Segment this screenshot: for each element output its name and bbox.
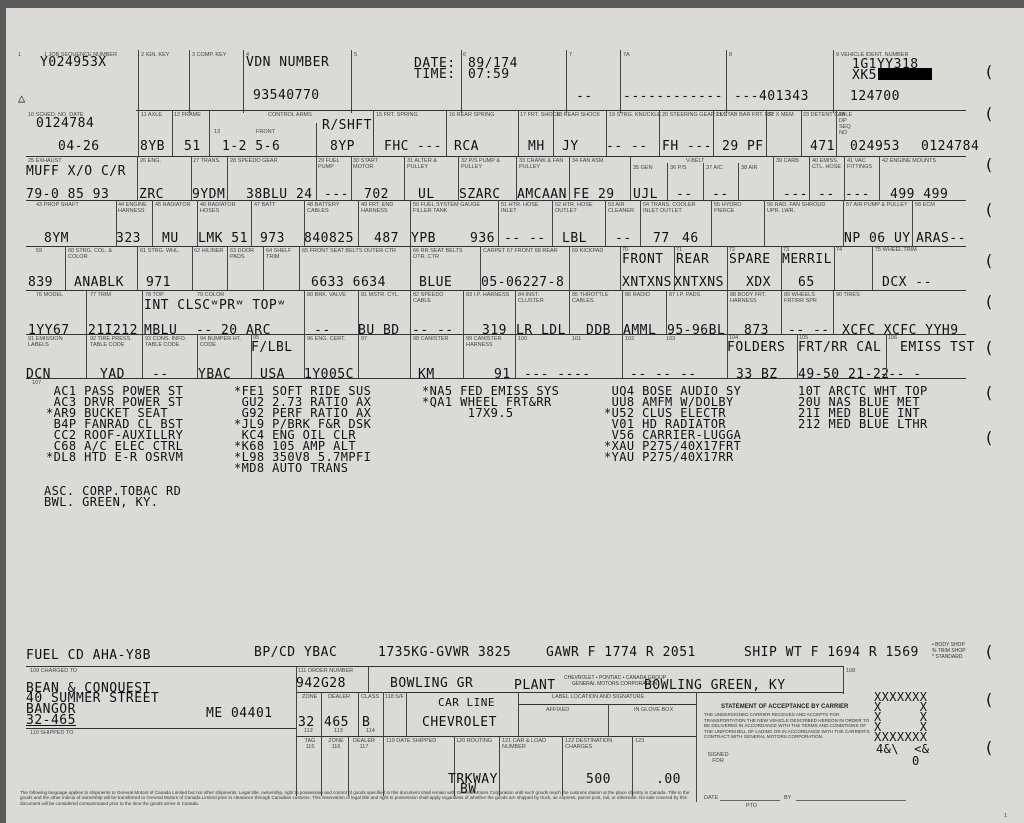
shelf-trim-label: 64 SHELF TRIM: [266, 248, 298, 260]
class-number: 114: [366, 728, 375, 734]
ps-label: 36 P/S: [670, 165, 687, 171]
inst-cluster-label: 84 INST. CLUSTER: [518, 292, 566, 304]
field-7a-label: 7A: [623, 52, 630, 58]
fuel-system-label: 50 FUEL SYSTEM GAUGE FILLER TANK: [413, 202, 493, 214]
rr-seat-belts-label: 66 RR SEAT BELTS OTR. CTR: [413, 248, 477, 260]
field-103-label: 103: [666, 336, 675, 342]
binder-hole-icon: (: [986, 642, 992, 661]
comp-key-label: 3 COMP. KEY: [192, 52, 226, 58]
frt-shock-value: MH: [528, 140, 545, 153]
plant-label: PLANT: [514, 679, 556, 692]
binder-hole-icon: (: [986, 738, 992, 757]
charged-to-line-4: 32-465: [26, 714, 76, 727]
ac-label: 37 A/C: [706, 165, 723, 171]
field-104-value: 33 BZ: [736, 368, 778, 381]
binder-hole-icon: (: [986, 383, 992, 402]
batt-value: 973: [260, 232, 285, 245]
trans-label: 27 TRANS.: [193, 158, 221, 164]
fan-shroud-label: 56 RAD. FAN SHROUD UPR. LWR.: [767, 202, 837, 214]
battery-cables-label: 48 BATTERY CABLES: [307, 202, 357, 214]
hliner-label: 62 H/LINER: [194, 248, 223, 254]
door-pads-label: 63 DOOR PADS: [230, 248, 262, 260]
radiator-label: 45 RADIATOR: [155, 202, 191, 208]
field-1-label: 1: [18, 52, 21, 58]
field-13-label: 13: [214, 129, 220, 135]
field-102-value: -- -- --: [630, 368, 697, 381]
rear-shock-value: JY: [562, 140, 579, 153]
color-header: INT CLSCʷPRʷ TOPʷ: [144, 299, 286, 312]
options-col-5: 10T ARCTC WHT TOP 20U NAS BLUE MET 21I M…: [798, 386, 928, 430]
fuel-tank-value: 936: [470, 232, 495, 245]
frt-spring-lh: ---: [417, 140, 442, 153]
body-harness-value: 873: [744, 324, 769, 337]
field-7-label: 7: [569, 52, 572, 58]
eng-cert-value: 1Y005C: [304, 368, 354, 381]
strg-knuckle-label: 19 STRG. KNUCKLE: [609, 112, 661, 118]
canister-harness-value: 91: [494, 368, 511, 381]
field-123-value: .00: [656, 773, 681, 786]
frame-value: 51: [184, 140, 201, 153]
job-sequence-number: Y024953X: [40, 56, 107, 69]
field-100-value: --- ----: [524, 368, 591, 381]
shipped-to-label: 110 SHIPPED TO: [30, 730, 73, 736]
speedo-label: 28 SPEEDO GEAR: [230, 158, 278, 164]
air-label: 38 AIR: [741, 165, 758, 171]
by-label: BY: [784, 795, 791, 801]
body-harness-label: 88 BODY FRT. HARNESS: [730, 292, 780, 304]
wheels-label: 89 WHEELS FRT/RR SPR: [784, 292, 834, 304]
rr-seat-belts-value: BLUE: [419, 276, 452, 289]
carline-label: CAR LINE: [438, 696, 495, 709]
routing-label: 120 ROUTING: [456, 738, 492, 744]
htr-hose-outlet-label: 52 HTR. HOSE OUTLET: [555, 202, 601, 214]
tires-value: XCFC XCFC YYH9: [842, 324, 959, 337]
stab-bar-label: 21 STAB BAR FRT. RR: [716, 112, 773, 118]
carline-value: CHEVROLET: [422, 716, 497, 729]
field-101-label: 101: [572, 336, 581, 342]
vbelt-label: V-BELT: [686, 158, 705, 164]
field-7a-value: ------------: [623, 90, 723, 103]
field-72-value: XDX: [746, 276, 771, 289]
detent-value: 471: [810, 140, 835, 153]
option-row: 212 MED BLUE LTHR: [798, 419, 928, 430]
dp-seq-2: 0124784: [921, 140, 979, 153]
time-value: 07:59: [468, 68, 510, 81]
model-label: 76 MODEL: [36, 292, 63, 298]
air-pump-value: NP 06 UY: [844, 232, 911, 245]
rear-spring-rh: RCA: [454, 140, 479, 153]
emiss-label: 40 EMISS. CTL. HOSE: [812, 158, 844, 170]
hydro-pierce-label: 55 HYDRO PIERCE: [714, 202, 760, 214]
field-123-label: 123: [635, 738, 644, 744]
acceptance-text: THE UNDERSIGNED CARRIER RECEIVES AND ACC…: [704, 712, 876, 740]
sched-date: 04-26: [58, 140, 100, 153]
field-8-label: 8: [729, 52, 732, 58]
field-106-label: 106: [888, 335, 897, 341]
x-code: 4&\ <&: [876, 744, 929, 755]
page-number: 1: [1004, 813, 1007, 819]
label-location-title: LABEL LOCATION AND SIGNATURE: [552, 694, 644, 700]
axle-value: 8YB: [140, 140, 165, 153]
plant-name: BOWLING GREEN, KY: [644, 679, 786, 692]
strg-col-value: ANABLK: [74, 276, 124, 289]
radiator-hoses-label: 46 RADIATOR HOSES: [200, 202, 250, 214]
control-arms-label: CONTROL ARMS: [268, 112, 312, 118]
legal-notice: The following language applies to shipme…: [20, 790, 700, 806]
options-col-3: *NA5 FED EMISS SYS *QA1 WHEEL FRT&RR 17X…: [422, 386, 559, 419]
air-cleaner-value: --: [615, 232, 632, 245]
strg-whl-label: 61 STRG. WHL.: [140, 248, 180, 254]
signed-for-label: SIGNED FOR: [706, 752, 730, 764]
vin-extra: 124700: [850, 90, 900, 103]
order-number-value: 942G28: [296, 677, 346, 690]
htr-hose-outlet-value: LBL: [562, 232, 587, 245]
cons-info-label: 93 CONS. INFO. TABLE CODE: [145, 336, 197, 348]
engine-harness-value: 323: [116, 232, 141, 245]
engine-mounts-label: 42 ENGINE MOUNTS: [882, 158, 936, 164]
emission-labels-label: 91 EMISSION LABELS: [28, 336, 78, 348]
time-label: TIME:: [414, 68, 456, 81]
bumper-value: YBAC: [198, 368, 231, 381]
build-sheet: 1 1 JOB SEQUENCE NUMBER Y024953X △ 2 IGN…: [6, 8, 1024, 823]
field-100-label: 100: [518, 336, 527, 342]
by-signature-line[interactable]: [796, 800, 906, 801]
field-59-value: 839: [28, 276, 53, 289]
strg-whl-value: 971: [146, 276, 171, 289]
tires-label: 90 TIRES: [836, 292, 860, 298]
front-seat-belts-value: 6633 6634: [311, 276, 386, 289]
dp-seq-1: 024953: [850, 140, 900, 153]
acceptance-title: STATEMENT OF ACCEPTANCE BY CARRIER: [721, 704, 848, 710]
tire-press-label: 92 TIRE PRESS. TABLE CODE: [90, 336, 142, 348]
binder-hole-icon: (: [986, 200, 992, 219]
canister-label: 98 CANISTER: [413, 336, 448, 342]
fuel-gauge-value: YPB: [411, 232, 436, 245]
ecm-value: ARAS--: [916, 232, 966, 245]
field-95-title: F/LBL: [251, 341, 293, 354]
wheel-trim-value: DCX --: [882, 276, 932, 289]
legend-standard: * STANDARD: [932, 654, 962, 660]
gen-label: 35 GEN: [633, 165, 653, 171]
binder-hole-icon: (: [986, 428, 992, 447]
eng-label: 26 ENG.: [140, 158, 161, 164]
pto-label: PTO: [746, 803, 757, 809]
bp-cd: BP/CD YBAC: [254, 646, 337, 659]
bumper-label: 94 BUMPER HT. CODE: [200, 336, 246, 348]
cooler-inlet-value: 77: [653, 232, 670, 245]
field-73-title: MERRIL: [782, 253, 832, 266]
gvwr: 1735KG-GVWR 3825: [378, 646, 511, 659]
strg-col-label: 60 STRG. COL. & COLOR: [68, 248, 114, 260]
canister-harness-label: 99 CANISTER HARNESS: [466, 336, 510, 348]
field-59-label: 59: [36, 248, 42, 254]
destination-charges-label: 122 DESTINATION CHARGES: [565, 738, 629, 750]
stab-bar-value: 29 PF: [722, 140, 764, 153]
field-7-value: --: [576, 90, 593, 103]
vin-redaction: [878, 68, 932, 80]
ip-harness-label: 83 I.P. HARNESS: [466, 292, 510, 298]
vac-label: 41 VAC FITTINGS: [847, 158, 879, 170]
frame-label: 12 FRAME: [174, 112, 201, 118]
field-105-value: 49-50 21-22: [798, 368, 890, 381]
ps-pump-label: 32 P/S PUMP & PULLEY: [461, 158, 511, 170]
mstr-cyl-label: 81 MSTR. CYL.: [361, 292, 400, 298]
trans-cooler-label: 54 TRANS. COOLER INLET OUTLET: [643, 202, 707, 214]
rshft-label: R/SHFT: [322, 119, 372, 132]
dealer-label: DEALER: [328, 694, 350, 700]
trim-label: 77 TRIM: [90, 292, 111, 298]
wheel-trim-label: 75 WHEEL TRIM: [875, 247, 917, 253]
ip-pads-label: 87 I.P. PADS: [669, 292, 700, 298]
field-5-label: 5: [354, 52, 357, 58]
frt-spring-rh: FHC: [384, 140, 409, 153]
prop-shaft-label: 43 PROP SHAFT: [36, 202, 79, 208]
zone-label: ZONE: [302, 694, 317, 700]
eng-cert-label: 96 ENG. CERT.: [307, 336, 347, 342]
cons-info-value: --: [152, 368, 169, 381]
option-row: *DL8 HTD E-R OSRVM: [46, 452, 183, 463]
brk-valve-label: 80 BRK. VALVE: [307, 292, 346, 298]
field-71-value: XNTXNS: [674, 276, 724, 289]
batt-label: 47 BATT: [254, 202, 275, 208]
prop-shaft-value: 8YM: [44, 232, 69, 245]
glove-box-label: IN GLOVE BOX: [634, 707, 673, 713]
zone-116-label: ZONE 116: [326, 738, 346, 750]
wheels-value: -- --: [788, 324, 830, 337]
field-72-title: SPARE: [729, 253, 771, 266]
speedo-cable-label: 82 SPEEDO CABLE: [413, 292, 459, 304]
ip-pads-value: 95-96BL: [667, 324, 725, 337]
field-70-value: XNTXNS: [622, 276, 672, 289]
fuel-cd: FUEL CD AHA-Y8B: [26, 649, 151, 662]
binder-hole-icon: (: [986, 62, 992, 81]
field-108-label: 108: [846, 668, 855, 674]
field-6-label: 6: [463, 52, 466, 58]
x-code-2: 0: [912, 756, 920, 767]
strg-knuckle-value: -- --: [606, 140, 648, 153]
binder-hole-icon: (: [986, 292, 992, 311]
dealer-117-label: DEALER 117: [352, 738, 376, 750]
dealer-number: 113: [334, 728, 343, 734]
tag-label: TAG 115: [302, 738, 318, 750]
steering-value: FH ---: [662, 140, 712, 153]
options-col-4: UQ4 BOSE AUDIO SY UU8 AMFM W/DOLBY *U52 …: [604, 386, 741, 463]
state-zip: ME 04401: [206, 707, 273, 720]
carpet-value: 05-06227-8: [481, 276, 564, 289]
ecm-label: 58 ECM: [915, 202, 935, 208]
field-102-label: 102: [625, 336, 634, 342]
axle-label: 11 AXLE: [141, 112, 162, 118]
canister-value: KM: [418, 368, 435, 381]
start-motor-label: 30 START MOTOR: [353, 158, 393, 170]
plant-address-line-2: BWL. GREEN, KY.: [44, 497, 158, 508]
options-col-1: AC1 PASS POWER ST AC3 DRVR POWER ST *AR9…: [46, 386, 183, 463]
date-signature-label: DATE: [704, 795, 718, 801]
rshft-value: 8YP: [330, 140, 355, 153]
options-label: 107: [32, 380, 41, 386]
vdn-number: 93540770: [253, 89, 320, 102]
carb-label: 39 CARB: [776, 158, 799, 164]
field-97-label: 97: [361, 336, 367, 342]
ign-key-label: 2 IGN. KEY: [141, 52, 169, 58]
charged-to-label: 109 CHARGED TO: [30, 668, 77, 674]
binder-hole-icon: (: [986, 338, 992, 357]
control-arms-front-label: FRONT: [256, 129, 275, 135]
binder-hole-icon: (: [986, 251, 992, 270]
field-95-value: USA: [260, 368, 285, 381]
option-row: *MD8 AUTO TRANS: [234, 463, 371, 474]
air-cleaner-label: 53 AIR CLEANER: [608, 202, 640, 214]
order-number-label: 111 ORDER NUMBER: [298, 668, 353, 674]
binder-hole-icon: (: [986, 104, 992, 123]
date-signature-line[interactable]: [720, 800, 780, 801]
fuel-pump-label: 29 FUEL PUMP: [318, 158, 348, 170]
plant-city: BOWLING GR: [390, 677, 473, 690]
radio-label: 86 RADIO: [625, 292, 650, 298]
air-pump-label: 57 AIR PUMP & PULLEY: [846, 202, 912, 208]
class-label: CLASS: [361, 694, 379, 700]
x-mem-label: 22 X MEM: [768, 112, 794, 118]
radiator-value: MU: [162, 232, 179, 245]
vin-line-2: XK5: [852, 69, 877, 82]
engine-harness-label: 44 ENGINE HARNESS: [118, 202, 152, 214]
battery-cables-value: 840825: [304, 232, 354, 245]
field-71-title: REAR: [676, 253, 709, 266]
frt-end-harness-value: 487: [374, 232, 399, 245]
alter-label: 31 ALTER & PULLEY: [407, 158, 457, 170]
date-shipped-label: 119 DATE SHIPPED: [386, 738, 436, 744]
carpet-label: CARPET 67 FRONT 68 REAR: [483, 248, 568, 254]
vdn-title: VDN NUMBER: [246, 56, 329, 69]
control-arms-front-value: 1-2 5-6: [222, 140, 280, 153]
triangle-icon: △: [18, 92, 26, 105]
fan-label: 34 FAN ASM.: [572, 158, 605, 164]
exhaust-value-1: MUFF X/O C/R: [26, 165, 126, 178]
sched-no: 0124784: [36, 117, 94, 130]
rear-spring-label: 16 REAR SPRING: [449, 112, 495, 118]
field-106-title: EMISS TST: [900, 341, 975, 354]
field-73-value: 65: [798, 276, 815, 289]
frt-spring-label: 15 FRT. SPRING: [376, 112, 418, 118]
htr-hose-inlet-value: -- --: [504, 232, 546, 245]
destination-charges-value: 500: [586, 773, 611, 786]
htr-hose-inlet-label: 51 HTR. HOSE INLET: [501, 202, 541, 214]
gawr: GAWR F 1774 R 2051: [546, 646, 696, 659]
crank-label: 33 CRANK & FAN PULLEY: [519, 158, 569, 170]
option-row: 17X9.5: [422, 408, 559, 419]
dp-seq-label: 24 DP SEQ NO: [839, 112, 851, 136]
field-8-value: ---401343: [734, 90, 809, 103]
frt-shock-label: 17 FRT. SHOCK: [520, 112, 560, 118]
cooler-outlet-value: 46: [682, 232, 699, 245]
field-118-label: 118 S/F: [385, 694, 404, 700]
field-106-value: --- -: [880, 368, 922, 381]
field-74-label: 74: [836, 247, 842, 253]
zone-number: 112: [304, 728, 313, 734]
tire-press-value: YAD: [100, 368, 125, 381]
binder-hole-icon: (: [986, 690, 992, 709]
field-105-title: FRT/RR CAL: [798, 341, 881, 354]
throttle-cables-label: 85 THROTTLE CABLES: [572, 292, 622, 304]
field-104-title: FOLDERS: [727, 341, 785, 354]
radiator-hoses-value: LMK 51: [198, 232, 248, 245]
front-seat-belts-label: 65 FRONT SEAT BELTS OUTER CTR: [302, 248, 402, 254]
binder-hole-icon: (: [986, 155, 992, 174]
affixed-label: AFFIXED: [546, 707, 569, 713]
option-row: *YAU P275/40X17RR: [604, 452, 741, 463]
ship-weight: SHIP WT F 1694 R 1569: [744, 646, 919, 659]
kickpad-label: 69 KICKPAD: [572, 248, 603, 254]
frt-end-harness-label: 49 FRT. END HARNESS: [361, 202, 411, 214]
options-col-2: *FE1 SOFT RIDE SUS GU2 2.73 RATIO AX G92…: [234, 386, 371, 474]
rear-shock-label: 18 REAR SHOCK: [556, 112, 600, 118]
throttle-cables-value: DDB: [586, 324, 611, 337]
field-70-title: FRONT: [622, 253, 664, 266]
x-box: XXXXXXX X X X X X X XXXXXXX: [874, 692, 927, 742]
car-load-label: 121 CAR & LOAD NUMBER: [502, 738, 562, 750]
